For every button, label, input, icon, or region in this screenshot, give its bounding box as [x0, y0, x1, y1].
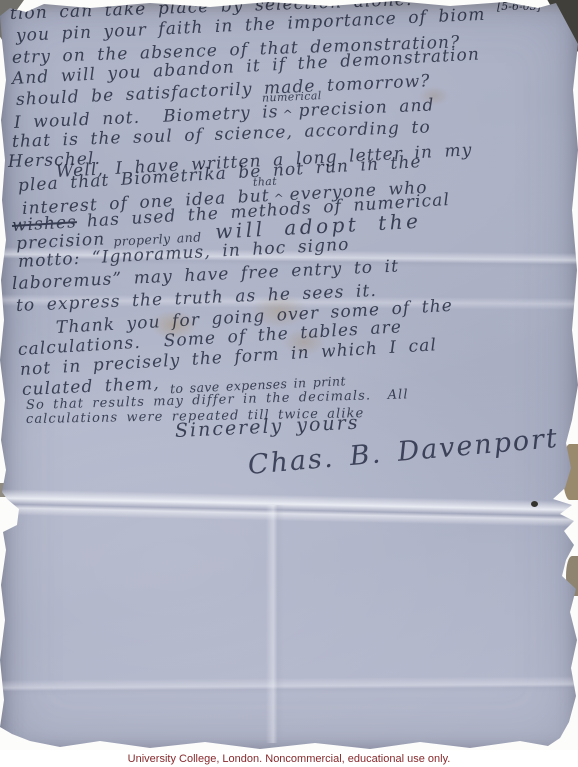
insertion-mark: ^that	[269, 183, 290, 201]
credit-bar: University College, London. Noncommercia…	[0, 750, 578, 767]
letter-paper: [5-6-03] tion can take place by selectio…	[0, 0, 578, 752]
fold-crease	[0, 676, 578, 696]
fold-crease	[0, 489, 578, 528]
insertion-mark: ^numerical	[278, 99, 299, 117]
inserted-word: that	[253, 175, 278, 189]
fold-crease-vertical	[266, 505, 284, 743]
inserted-word: numerical	[262, 89, 322, 104]
caret-mark: ^	[282, 107, 294, 121]
paper-speck	[531, 501, 538, 507]
credit-text: University College, London. Noncommercia…	[128, 753, 451, 765]
scanned-letter-photo: [5-6-03] tion can take place by selectio…	[0, 0, 578, 767]
